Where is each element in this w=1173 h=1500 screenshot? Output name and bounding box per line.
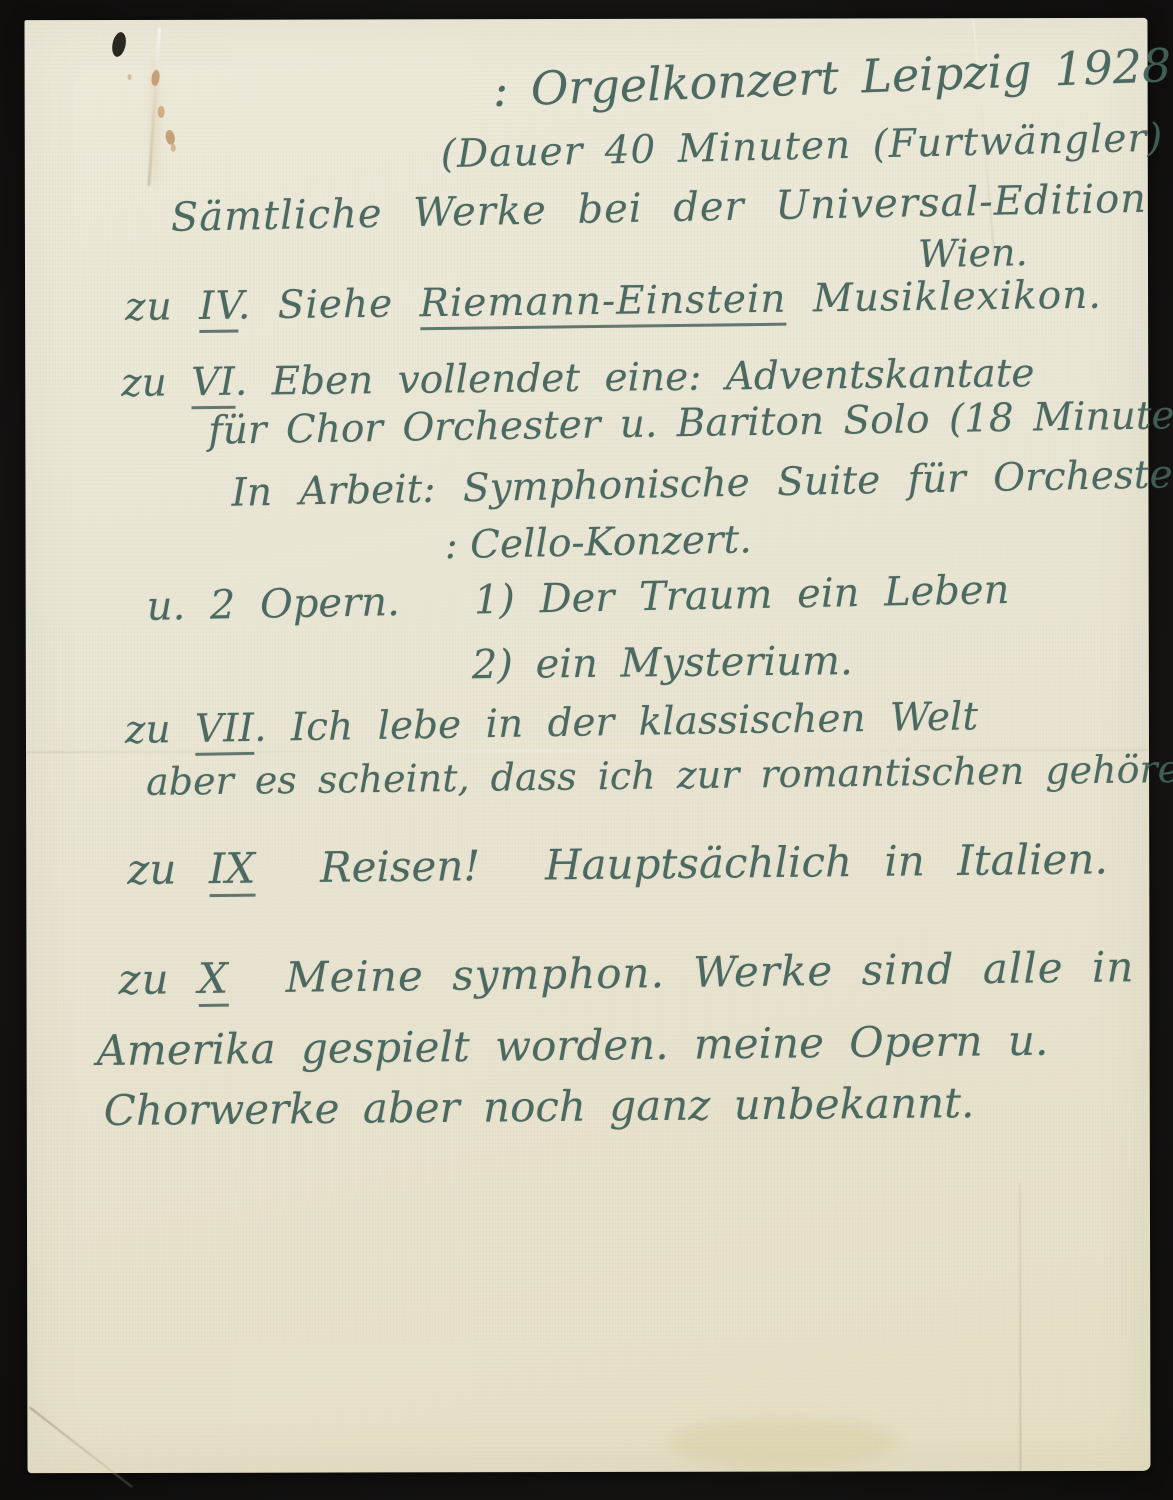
handwritten-line: aber es scheint, dass ich zur romantisch… bbox=[146, 747, 1173, 804]
text-segment: : Cello-Konzert. bbox=[444, 517, 752, 568]
text-segment: Meine symphon. Werke sind alle in bbox=[229, 942, 1135, 1002]
handwritten-line: Chorwerke aber noch ganz unbekannt. bbox=[104, 1078, 975, 1135]
text-segment: : Orgelkonzert Leipzig 1928 bbox=[492, 38, 1173, 117]
handwritten-line: zu IX Reisen! Hauptsächlich in Italien. bbox=[127, 834, 1108, 894]
text-segment: (Dauer 40 Minuten (Furtwängler) bbox=[440, 116, 1164, 178]
text-segment: zu bbox=[118, 954, 198, 1004]
manuscript-paper: : Orgelkonzert Leipzig 1928(Dauer 40 Min… bbox=[24, 18, 1150, 1473]
handwritten-line: u. 2 Opern. 1) Der Traum ein Leben bbox=[146, 567, 1010, 630]
text-segment: Reisen! Hauptsächlich in Italien. bbox=[255, 834, 1108, 892]
handwritten-line: Amerika gespielt worden. meine Opern u. bbox=[96, 1016, 1048, 1075]
text-segment: . Siehe bbox=[238, 281, 420, 328]
text-segment: Wien. bbox=[918, 230, 1028, 276]
text-segment: Amerika gespielt worden. meine Opern u. bbox=[96, 1016, 1048, 1075]
handwritten-line: zu VII. Ich lebe in der klassischen Welt bbox=[125, 694, 979, 753]
text-segment: Chorwerke aber noch ganz unbekannt. bbox=[104, 1078, 975, 1135]
underlined-text: IX bbox=[209, 844, 256, 898]
handwritten-line: (Dauer 40 Minuten (Furtwängler) bbox=[440, 116, 1164, 178]
text-segment: zu bbox=[125, 284, 200, 330]
text-segment: u. 2 Opern. 1) Der Traum ein Leben bbox=[146, 567, 1010, 630]
handwriting-layer: : Orgelkonzert Leipzig 1928(Dauer 40 Min… bbox=[24, 18, 1150, 1473]
handwritten-line: zu X Meine symphon. Werke sind alle in bbox=[118, 942, 1135, 1004]
underlined-text: VII bbox=[195, 706, 255, 756]
text-segment: 2) ein Mysterium. bbox=[472, 638, 853, 688]
handwritten-line: : Cello-Konzert. bbox=[444, 517, 752, 568]
text-segment: aber es scheint, dass ich zur romantisch… bbox=[146, 747, 1173, 804]
handwritten-line: Wien. bbox=[918, 230, 1028, 276]
handwritten-line: 2) ein Mysterium. bbox=[472, 638, 853, 688]
text-segment: In Arbeit: Symphonische Suite für Orches… bbox=[231, 452, 1173, 516]
handwritten-line: zu IV. Siehe Riemann-Einstein Musiklexik… bbox=[125, 273, 1102, 330]
underlined-text: IV bbox=[199, 284, 238, 333]
text-segment: zu bbox=[127, 844, 209, 894]
underlined-text: VI bbox=[191, 360, 235, 409]
handwritten-line: : Orgelkonzert Leipzig 1928 bbox=[492, 38, 1173, 117]
underlined-text: Riemann-Einstein bbox=[419, 277, 787, 331]
underlined-text: X bbox=[198, 954, 230, 1007]
text-segment: zu bbox=[125, 707, 196, 753]
text-segment: . Ich lebe in der klassischen Welt bbox=[254, 694, 979, 751]
text-segment: zu bbox=[121, 360, 192, 406]
handwritten-line: In Arbeit: Symphonische Suite für Orches… bbox=[231, 452, 1173, 516]
text-segment: Musiklexikon. bbox=[786, 273, 1102, 322]
